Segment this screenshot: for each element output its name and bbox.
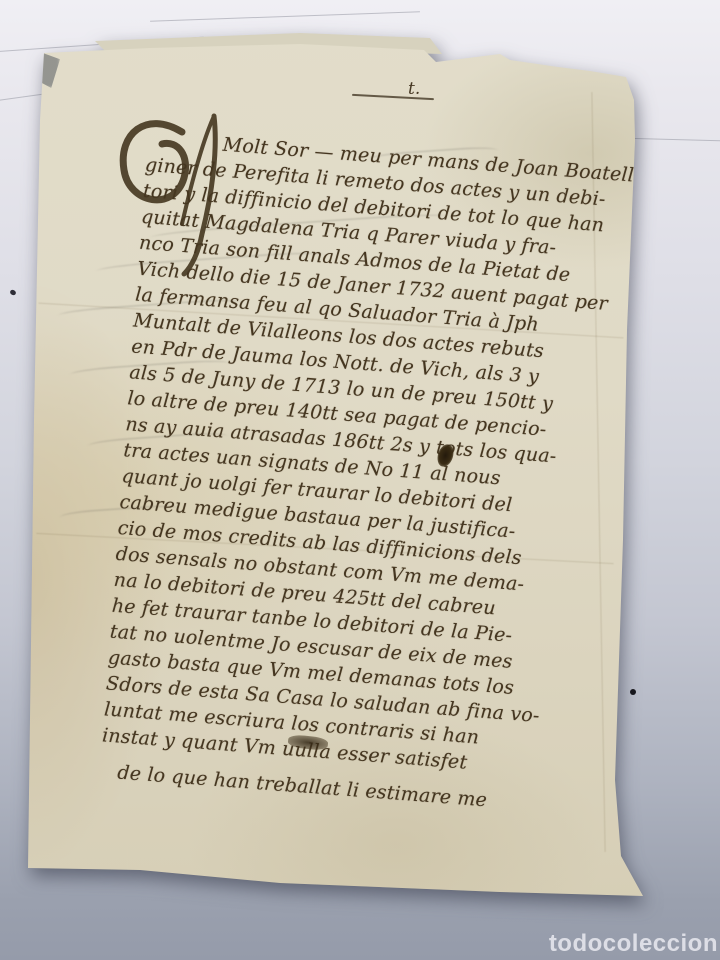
debris-speck xyxy=(630,689,636,695)
header-mark-stroke xyxy=(352,94,434,100)
header-mark-letter: t. xyxy=(408,79,420,99)
todocoleccion-watermark: todocoleccion xyxy=(549,930,718,958)
manuscript-text-block: Molt Sor — meu per mans de Joan Boatella… xyxy=(99,126,631,820)
header-mark: t. xyxy=(352,84,442,110)
paper-wrapper: t. Molt Sor — meu per mans de Joan Boate… xyxy=(0,0,720,960)
paper-corner-shadow xyxy=(38,52,60,88)
photo-scene: t. Molt Sor — meu per mans de Joan Boate… xyxy=(0,0,720,960)
manuscript-paper: t. Molt Sor — meu per mans de Joan Boate… xyxy=(0,0,720,960)
